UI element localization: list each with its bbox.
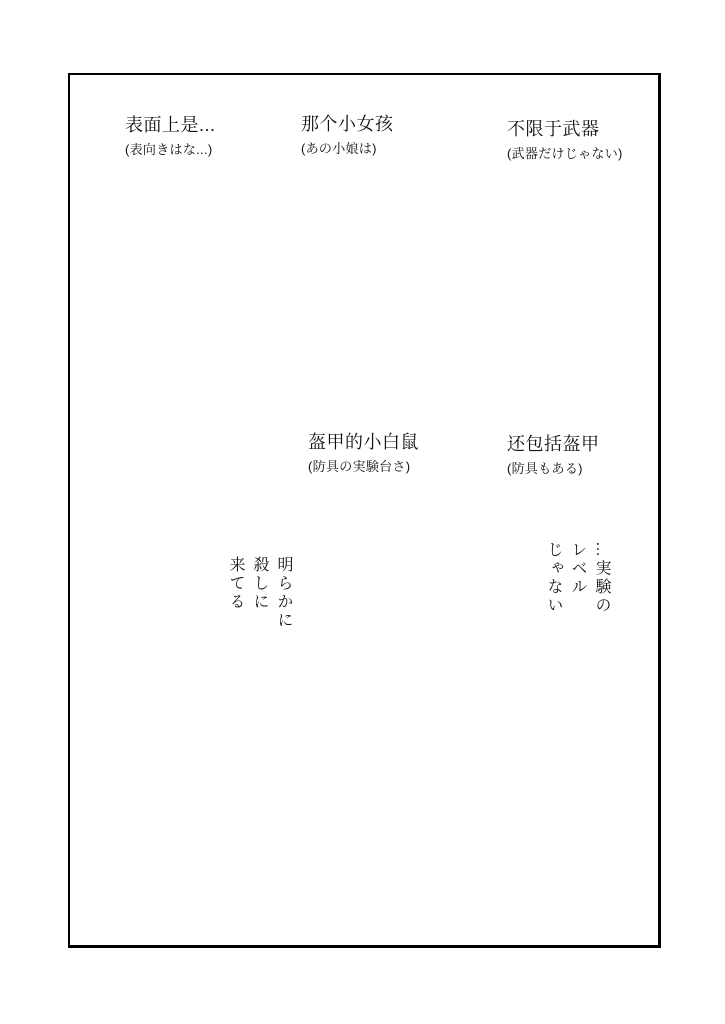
manga-translation-page: { "page": { "background_color": "#ffffff… — [0, 0, 725, 1024]
caption-chinese-text: 盔甲的小白鼠 — [308, 430, 419, 455]
manga-panel-border — [68, 73, 661, 948]
vertical-dialogue-column: 殺しに — [247, 556, 271, 630]
caption-japanese-text: (武器だけじゃない) — [507, 145, 623, 162]
vertical-dialogue-column: …実験の — [589, 541, 613, 615]
caption-mid-right: 还包括盔甲 (防具もある) — [507, 432, 600, 477]
vertical-dialogue-column: レベル — [565, 541, 589, 615]
vertical-dialogue-column: 明らかに — [271, 556, 295, 630]
caption-top-left: 表面上是... (表向きはな...) — [125, 113, 216, 158]
caption-japanese-text: (あの小娘は) — [301, 140, 394, 157]
caption-chinese-text: 还包括盔甲 — [507, 432, 600, 457]
caption-top-right: 不限于武器 (武器だけじゃない) — [507, 117, 623, 162]
vertical-dialogue-column: 来てる — [223, 556, 247, 630]
caption-japanese-text: (防具の実験台さ) — [308, 458, 419, 475]
vertical-dialogue-column: じゃない — [541, 541, 565, 615]
caption-top-center: 那个小女孩 (あの小娘は) — [301, 112, 394, 157]
caption-japanese-text: (防具もある) — [507, 460, 600, 477]
caption-chinese-text: 那个小女孩 — [301, 112, 394, 137]
vertical-dialogue-center: 明らかに 殺しに 来てる — [223, 556, 295, 630]
caption-mid-center: 盔甲的小白鼠 (防具の実験台さ) — [308, 430, 419, 475]
vertical-dialogue-right: …実験の レベル じゃない — [541, 541, 613, 615]
caption-chinese-text: 不限于武器 — [507, 117, 623, 142]
caption-chinese-text: 表面上是... — [125, 113, 216, 138]
caption-japanese-text: (表向きはな...) — [125, 141, 216, 158]
